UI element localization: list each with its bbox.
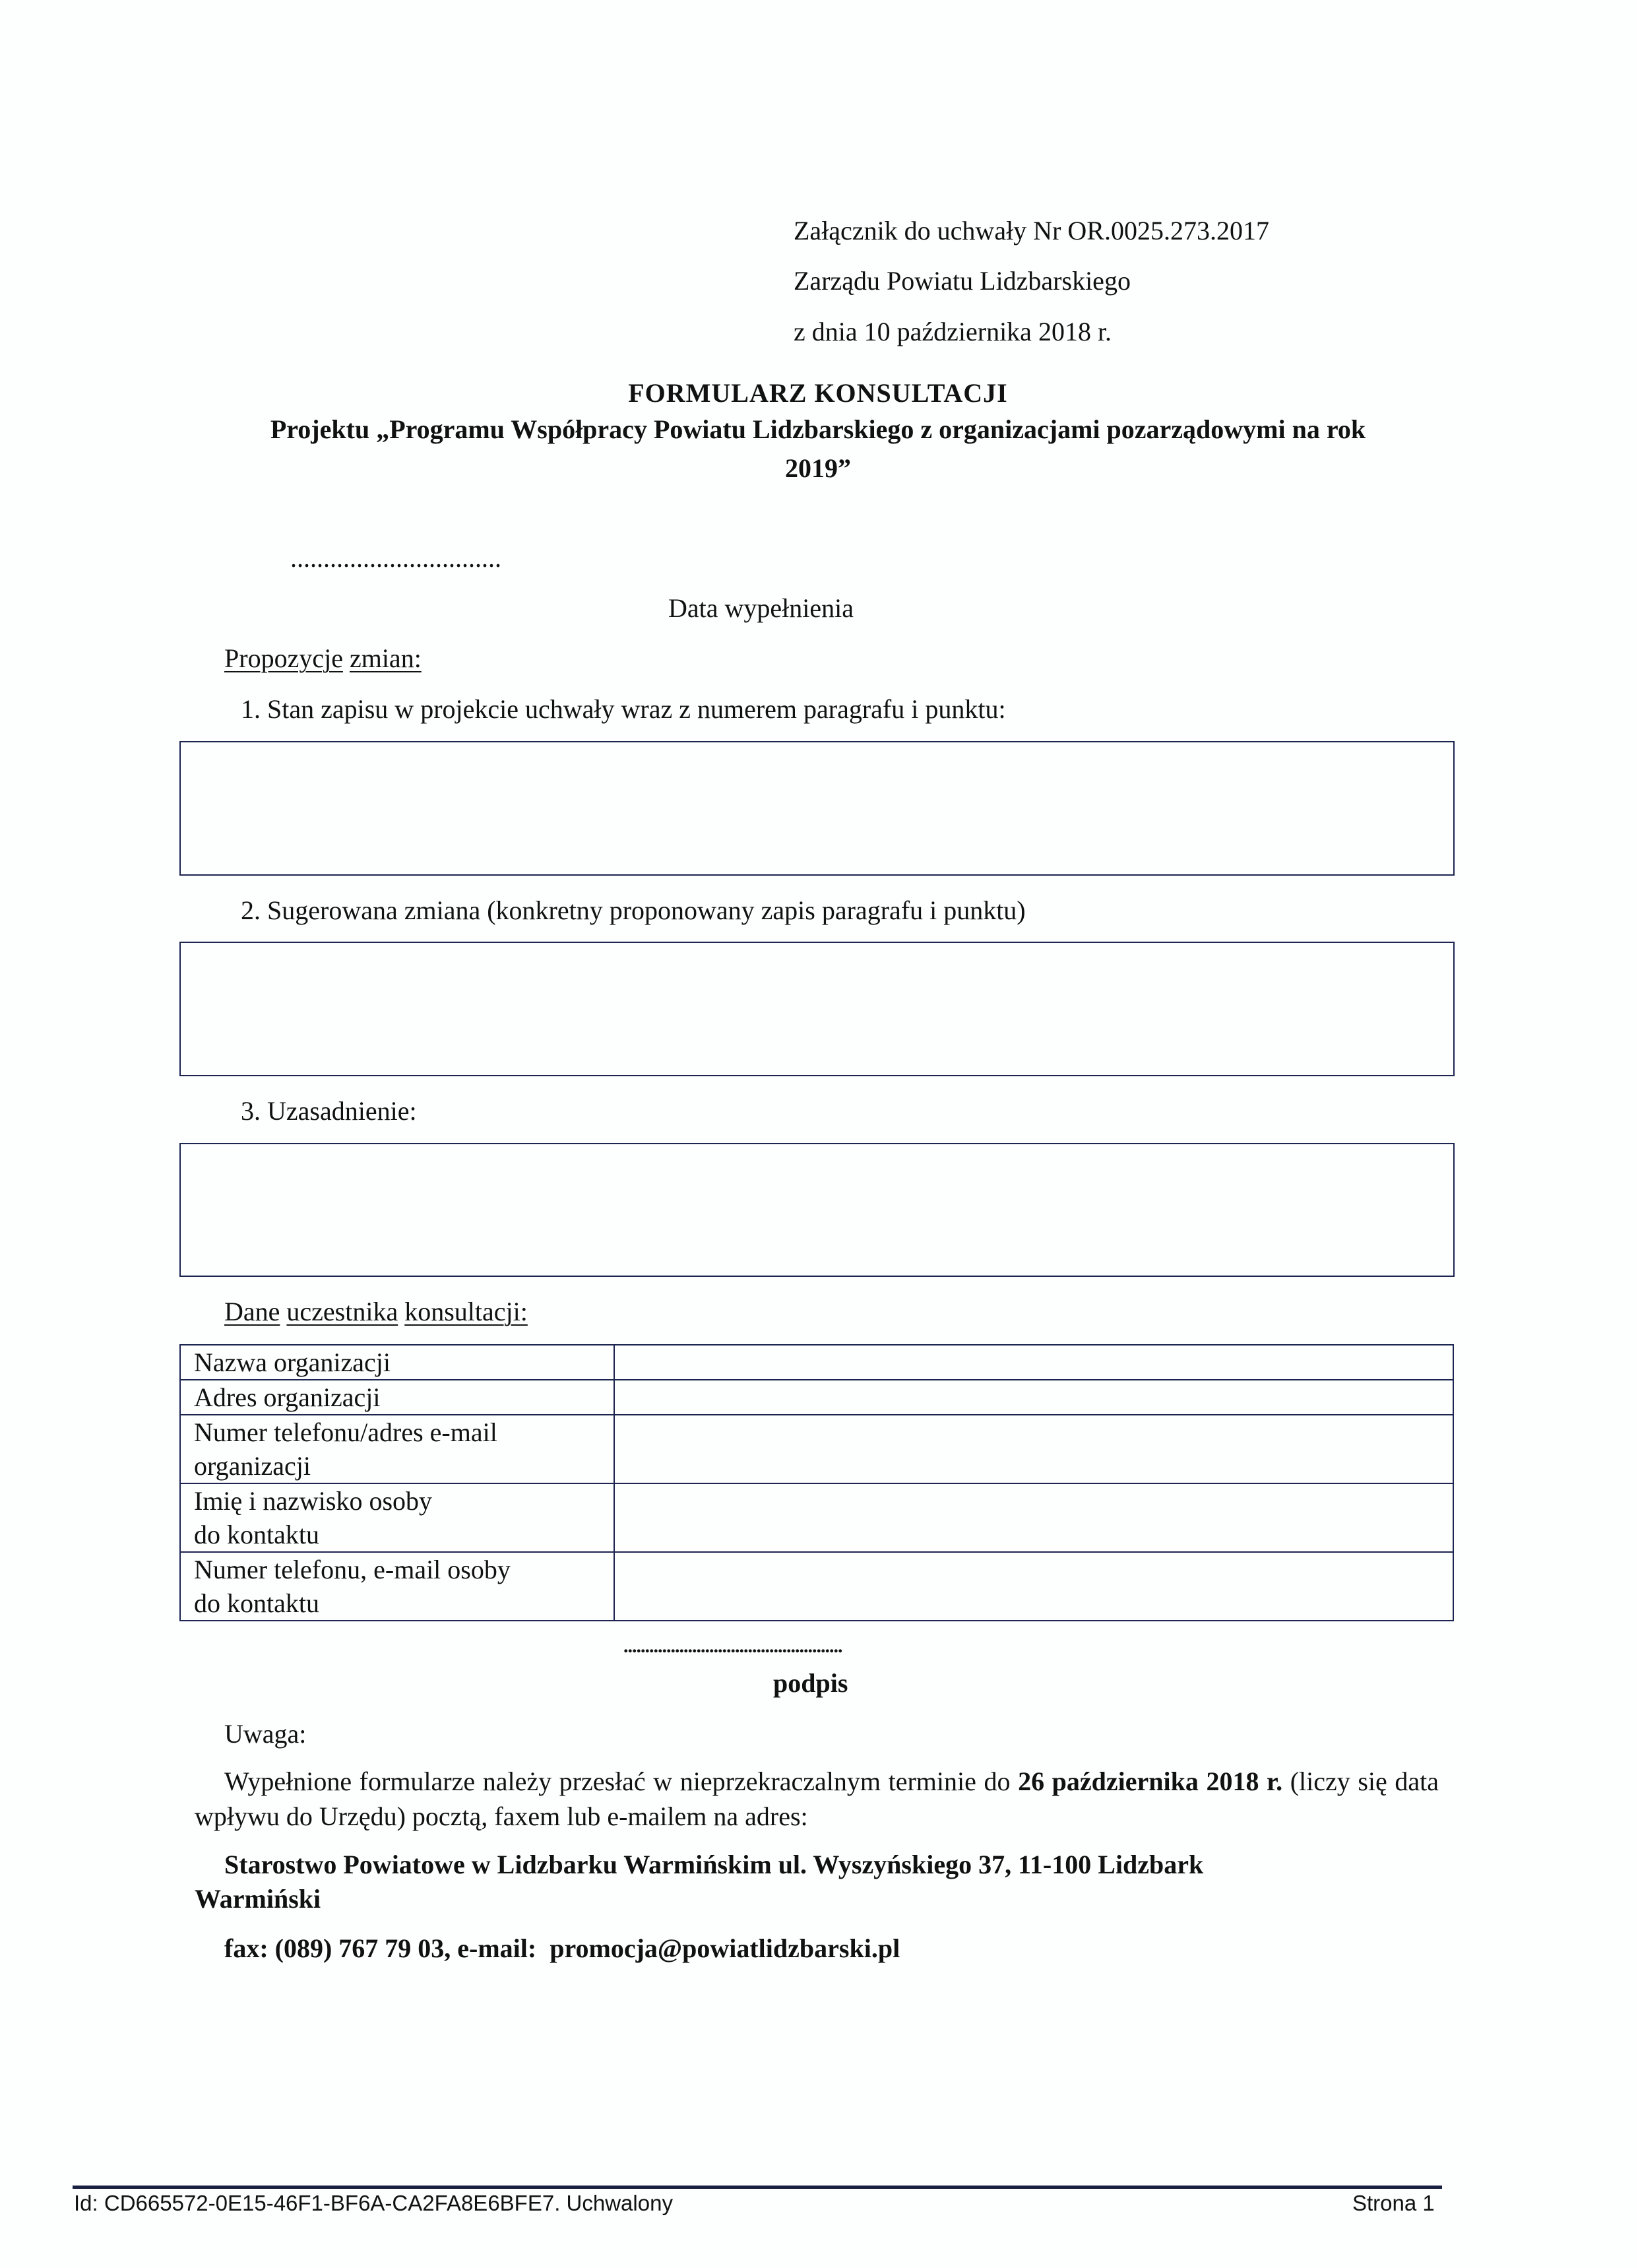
organization-name-field[interactable] xyxy=(614,1345,1453,1380)
note-paragraph: Wypełnione formularze należy przesłać w … xyxy=(195,1764,1439,1834)
resolution-date: z dnia 10 października 2018 r. xyxy=(794,316,1112,347)
participant-heading: Dane uczestnika konsultacji: xyxy=(224,1296,528,1327)
participant-heading-word2: uczestnika xyxy=(286,1297,398,1326)
row-label: Adres organizacji xyxy=(180,1380,614,1415)
form-subtitle-line2: 2019” xyxy=(0,453,1636,484)
contact-person-name-field[interactable] xyxy=(614,1483,1453,1552)
row-label: Nazwa organizacji xyxy=(180,1345,614,1380)
signature-label: podpis xyxy=(773,1668,848,1699)
proposal-item-2-label: 2. Sugerowana zmiana (konkretny proponow… xyxy=(241,895,1026,926)
proposals-heading: Propozycje zmian: xyxy=(224,643,422,674)
table-row: Numer telefonu, e-mail osobydo kontaktu xyxy=(180,1552,1453,1621)
footer-divider xyxy=(73,2186,1442,2189)
proposals-heading-word2: zmian: xyxy=(350,643,422,673)
proposals-heading-word1: Propozycje xyxy=(224,643,343,673)
office-address-line2: Warmiński xyxy=(195,1883,321,1914)
table-row: Nazwa organizacji xyxy=(180,1345,1453,1380)
office-contact: fax: (089) 767 79 03, e-mail: promocja@p… xyxy=(224,1933,900,1964)
note-heading: Uwaga: xyxy=(224,1718,306,1749)
row-label: Imię i nazwisko osobydo kontaktu xyxy=(180,1483,614,1552)
organization-address-field[interactable] xyxy=(614,1380,1453,1415)
table-row: Numer telefonu/adres e-mailorganizacji xyxy=(180,1415,1453,1483)
attachment-reference: Załącznik do uchwały Nr OR.0025.273.2017 xyxy=(794,215,1269,246)
office-address-line1: Starostwo Powiatowe w Lidzbarku Warmińsk… xyxy=(224,1849,1203,1880)
table-row: Adres organizacji xyxy=(180,1380,1453,1415)
form-subtitle-line1: Projektu „Programu Współpracy Powiatu Li… xyxy=(0,414,1636,445)
row-label: Numer telefonu, e-mail osobydo kontaktu xyxy=(180,1552,614,1621)
row-label-text: do kontaktu xyxy=(194,1588,319,1618)
row-label-text: Nazwa organizacji xyxy=(194,1347,391,1377)
issuing-board: Zarządu Powiatu Lidzbarskiego xyxy=(794,265,1131,296)
note-text-before: Wypełnione formularze należy przesłać w … xyxy=(224,1766,1018,1796)
organization-contact-field[interactable] xyxy=(614,1415,1453,1483)
contact-person-phone-email-field[interactable] xyxy=(614,1552,1453,1621)
row-label-text: Adres organizacji xyxy=(194,1382,380,1412)
table-row: Imię i nazwisko osobydo kontaktu xyxy=(180,1483,1453,1552)
page-number: Strona 1 xyxy=(1352,2191,1435,2216)
signature-dots[interactable]: ........................................… xyxy=(623,1635,842,1658)
proposal-item-3-field[interactable] xyxy=(179,1143,1455,1277)
participant-table: Nazwa organizacji Adres organizacji Nume… xyxy=(179,1344,1454,1621)
proposal-item-1-field[interactable] xyxy=(179,741,1455,876)
form-title: FORMULARZ KONSULTACJI xyxy=(0,377,1636,408)
date-fill-dots[interactable]: ................................ xyxy=(290,542,501,573)
row-label-text: do kontaktu xyxy=(194,1520,319,1549)
participant-heading-word1: Dane xyxy=(224,1297,280,1326)
proposal-item-3-label: 3. Uzasadnienie: xyxy=(241,1095,417,1126)
row-label-text: Numer telefonu/adres e-mail xyxy=(194,1417,497,1447)
proposal-item-2-field[interactable] xyxy=(179,942,1455,1076)
proposal-item-1-label: 1. Stan zapisu w projekcie uchwały wraz … xyxy=(241,694,1006,725)
document-id: Id: CD665572-0E15-46F1-BF6A-CA2FA8E6BFE7… xyxy=(74,2191,673,2216)
note-deadline: 26 października 2018 r. xyxy=(1018,1766,1282,1796)
row-label-text: Imię i nazwisko osoby xyxy=(194,1486,432,1516)
date-label: Data wypełnienia xyxy=(668,593,854,624)
participant-heading-word3: konsultacji: xyxy=(404,1297,528,1326)
row-label-text: organizacji xyxy=(194,1451,311,1481)
row-label: Numer telefonu/adres e-mailorganizacji xyxy=(180,1415,614,1483)
row-label-text: Numer telefonu, e-mail osoby xyxy=(194,1555,511,1584)
